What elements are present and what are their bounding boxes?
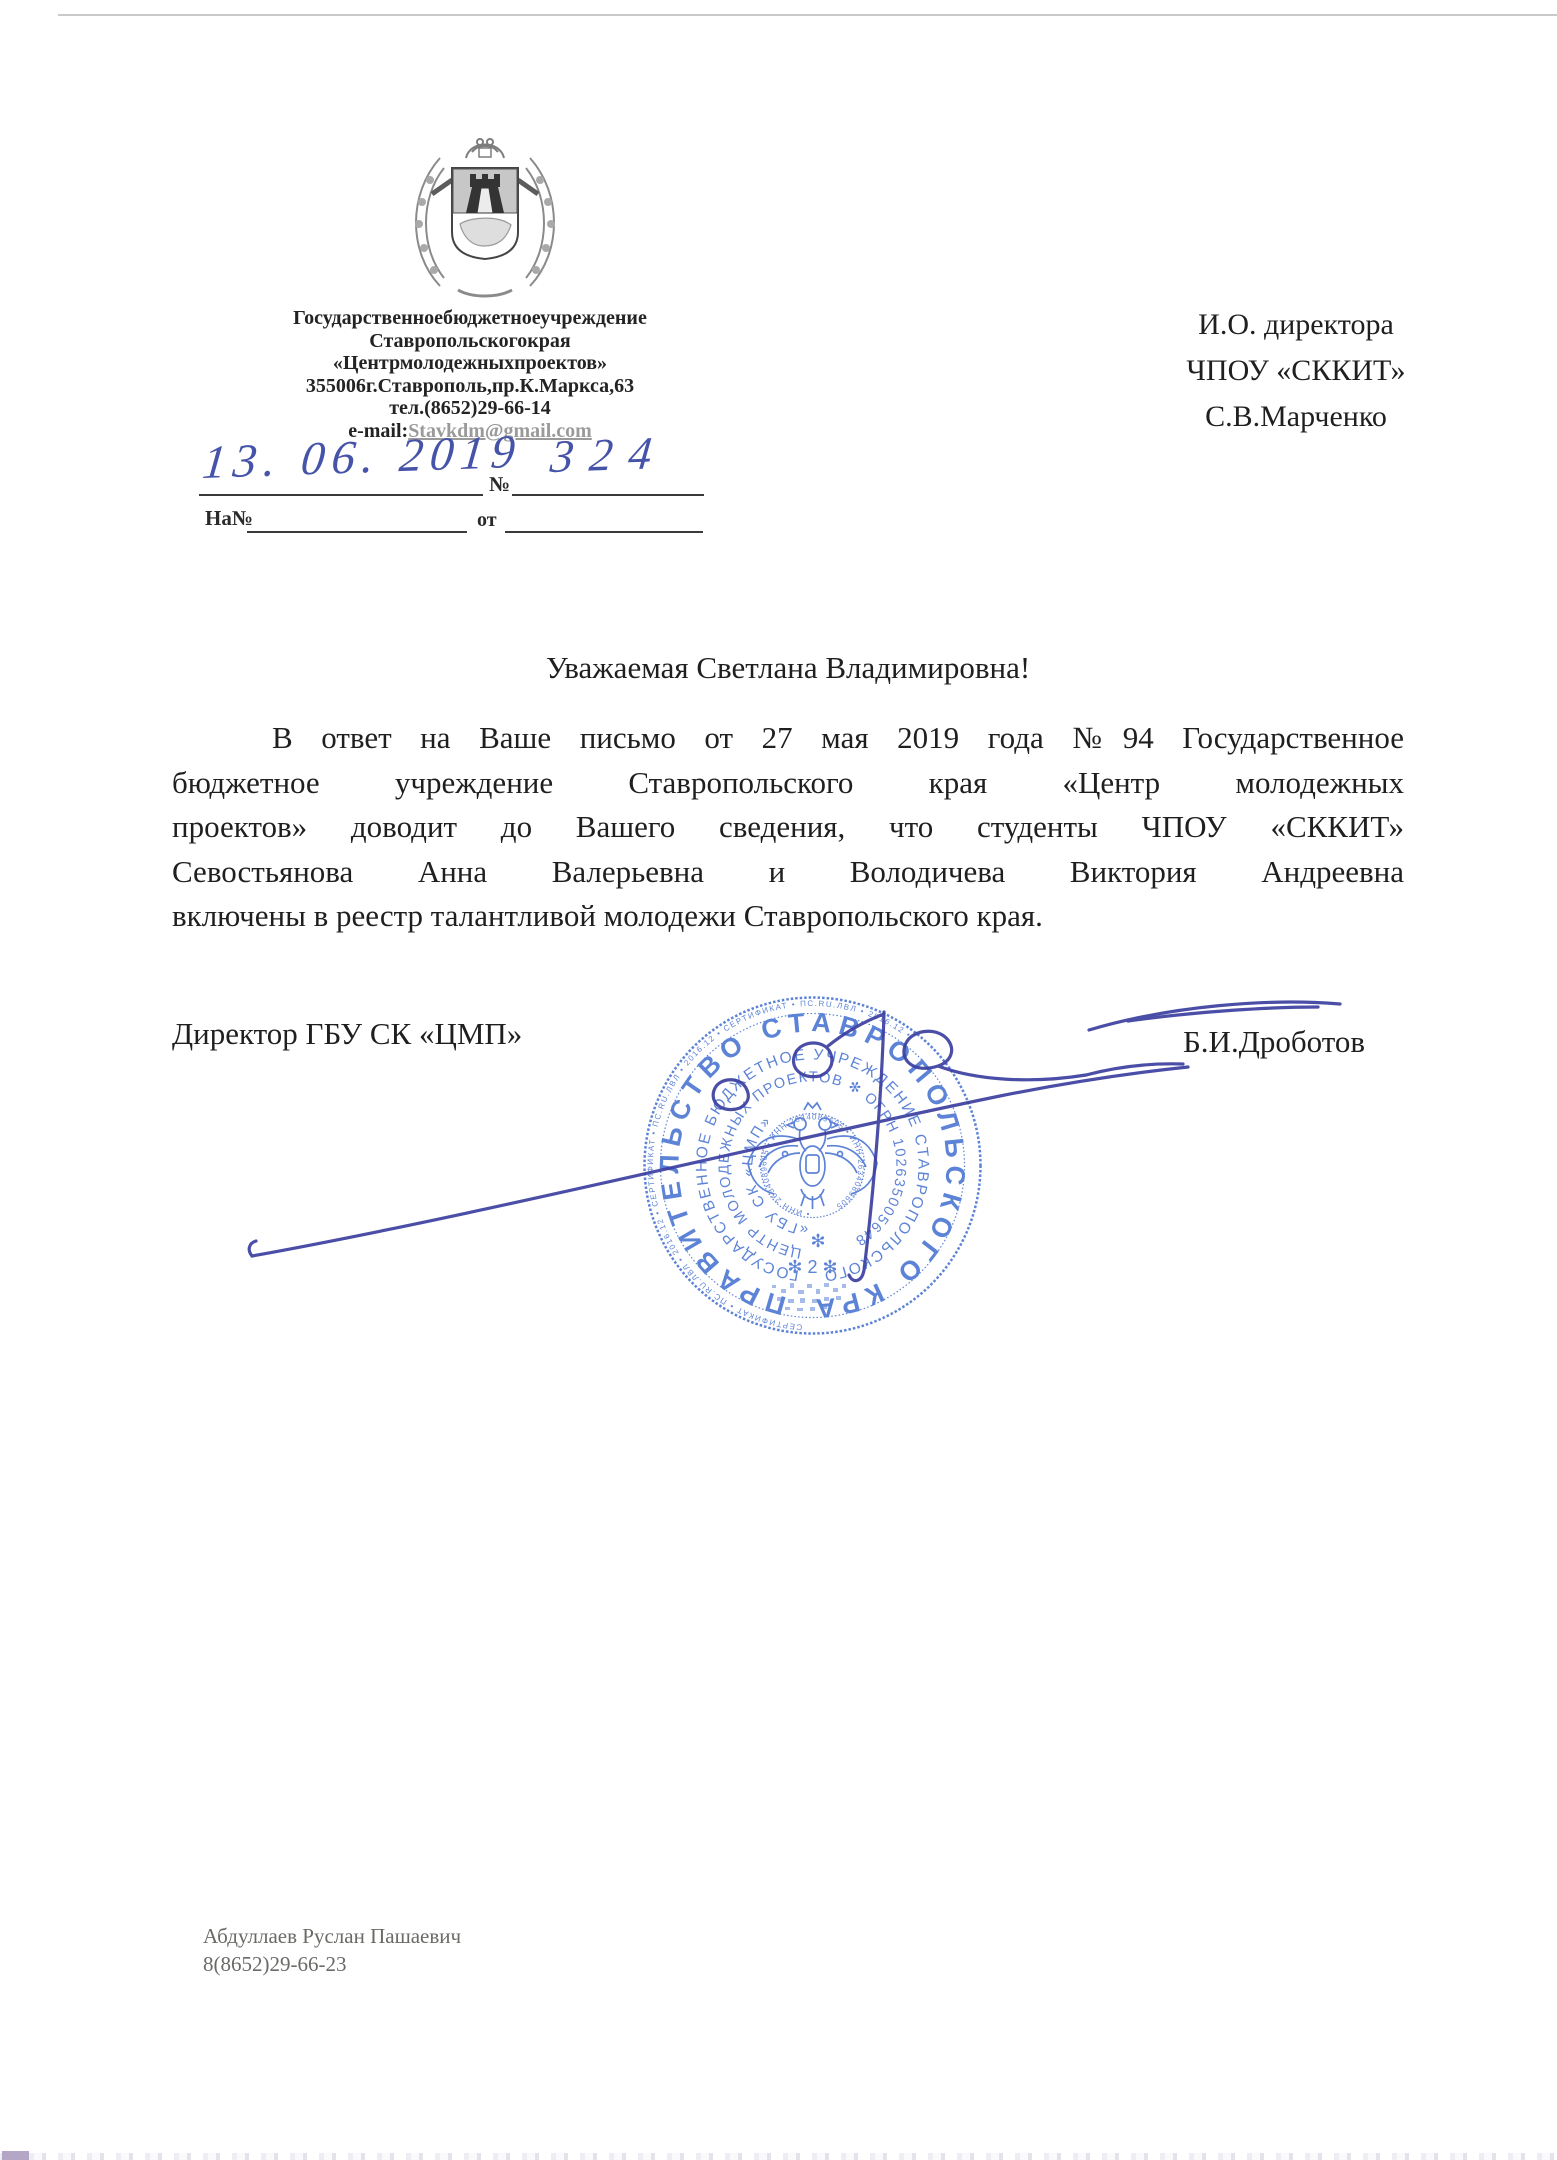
- scan-artifact-chip: [2, 2151, 29, 2160]
- scanned-letter-page: Государственноебюджетноеучреждение Ставр…: [0, 0, 1557, 2160]
- salutation: Уважаемая Светлана Владимировна!: [172, 650, 1404, 686]
- date-underline: [199, 494, 483, 496]
- body-line: бюджетное учреждение Ставропольского кра…: [172, 761, 1404, 806]
- reply-from-label: от: [477, 509, 497, 532]
- executor-phone: 8(8652)29-66-23: [203, 1950, 461, 1978]
- number-underline: [512, 494, 704, 496]
- stavropol-coat-of-arms: [400, 128, 570, 300]
- body-line: проектов» доводит до Вашего сведения, чт…: [172, 805, 1404, 850]
- stamp-number-mark: ✻ 2 ✻: [787, 1257, 837, 1277]
- org-name-line-1: Государственноебюджетноеучреждение: [238, 307, 702, 330]
- reply-date-underline: [505, 531, 703, 533]
- addressee-organization: ЧПОУ «СККИТ»: [1140, 348, 1452, 394]
- letterhead-org-block: Государственноебюджетноеучреждение Ставр…: [238, 307, 702, 443]
- scan-edge-line: [58, 14, 1557, 16]
- addressee-block: И.О. директора ЧПОУ «СККИТ» С.В.Марченко: [1140, 302, 1452, 440]
- org-phone-line: тел.(8652)29-66-14: [238, 397, 702, 420]
- signer-position-title: Директор ГБУ СК «ЦМП»: [172, 1016, 522, 1052]
- reply-to-label: На№: [205, 506, 253, 531]
- body-line: включены в реестр талантливой молодежи С…: [172, 894, 1404, 939]
- addressee-position: И.О. директора: [1140, 302, 1452, 348]
- body-line: В ответ на Ваше письмо от 27 мая 2019 го…: [172, 716, 1404, 761]
- org-address-line: 355006г.Ставрополь,пр.К.Маркса,63: [238, 375, 702, 398]
- handwritten-date: 13. 06. 2019: [200, 425, 525, 490]
- coat-of-arms-svg: [400, 128, 570, 300]
- stamp-asterisk-mark: ✻: [810, 1231, 825, 1251]
- executor-name: Абдуллаев Руслан Пашаевич: [203, 1922, 461, 1950]
- scan-edge-bottom: [0, 2153, 1557, 2160]
- handwritten-number: 324: [548, 426, 671, 483]
- executor-block: Абдуллаев Руслан Пашаевич 8(8652)29-66-2…: [203, 1922, 461, 1978]
- body-paragraph: В ответ на Ваше письмо от 27 мая 2019 го…: [172, 716, 1404, 939]
- org-name-line-2: Ставропольскогокрая: [238, 330, 702, 353]
- reply-number-underline: [247, 531, 467, 533]
- official-round-stamp: СЕРТИФИКАТ • ПС.RU.ЛВЛ • 2016.12 • СЕРТИ…: [640, 993, 985, 1338]
- body-line: Севостьянова Анна Валерьевна и Володичев…: [172, 850, 1404, 895]
- number-sign-label: №: [489, 472, 510, 497]
- addressee-name: С.В.Марченко: [1140, 394, 1452, 440]
- signer-name: Б.И.Дроботов: [1183, 1024, 1365, 1060]
- org-name-line-3: «Центрмолодежныхпроектов»: [238, 352, 702, 375]
- stamp-svg: СЕРТИФИКАТ • ПС.RU.ЛВЛ • 2016.12 • СЕРТИ…: [640, 993, 985, 1338]
